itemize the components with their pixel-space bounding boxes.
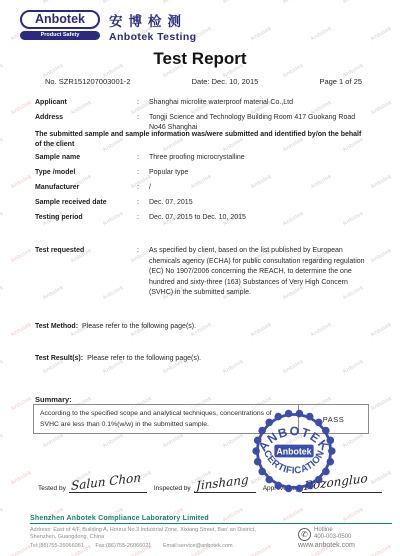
field-label: Manufacturer xyxy=(35,183,137,193)
report-info-row: No. SZR151207003001-2 Date: Dec. 10, 201… xyxy=(45,77,362,86)
footer-address-line2: Shenzhen, Guangdong, China xyxy=(30,534,288,541)
phone-icon: ✆ xyxy=(298,528,311,541)
anbotek-logo-tagline: Product Safety xyxy=(20,31,100,40)
field-row-sample-received-date: Sample received date : Dec. 07, 2015 xyxy=(35,198,367,208)
colon: : xyxy=(137,198,149,208)
summary-label: Summary: xyxy=(35,395,72,404)
tested-by-label: Tested by xyxy=(38,485,66,493)
report-page-number: Page 1 of 25 xyxy=(319,77,362,86)
test-report-page: AnbotekAnbotekAnbotekAnbotekAnbotekAnbot… xyxy=(0,0,400,556)
footer-fax: Fax:(86)755-26066021 xyxy=(95,543,151,549)
footer-company-name: Shenzhen Anbotek Compliance Laboratory L… xyxy=(30,515,392,522)
test-result-line: Test Result(s):Please refer to the follo… xyxy=(35,355,375,362)
field-label: Applicant xyxy=(35,98,137,108)
field-row-test-requested: Test requested : As specified by client,… xyxy=(35,246,367,299)
anbotek-logo: Anbotek Product Safety xyxy=(20,10,100,40)
field-label: Sample name xyxy=(35,153,137,163)
brand-chinese-name: 安博检测 xyxy=(109,10,196,30)
footer-email: Email:service@anbotek.com xyxy=(163,543,233,549)
field-value: / xyxy=(149,183,367,193)
field-value: Dec. 07, 2015 xyxy=(149,198,367,208)
brand-names: 安博检测 Anbotek Testing xyxy=(109,10,196,43)
field-row-manufacturer: Manufacturer : / xyxy=(35,183,367,193)
hotline-row: ✆ Hotline 400-003-0500 xyxy=(298,527,355,541)
footer-contacts: Tel:(86)755-26066061 Fax:(86)755-2606602… xyxy=(30,543,288,550)
test-method-value: Please refer to the following page(s). xyxy=(82,323,196,330)
report-number: No. SZR151207003001-2 xyxy=(45,77,130,86)
colon: : xyxy=(137,183,149,193)
header-brand: Anbotek Product Safety 安博检测 Anbotek Test… xyxy=(20,10,196,43)
hotline-text: Hotline 400-003-0500 xyxy=(314,527,351,541)
anbotek-logo-wordmark: Anbotek xyxy=(20,10,100,29)
field-label: Test requested xyxy=(35,246,137,299)
test-method-line: Test Method:Please refer to the followin… xyxy=(35,323,375,330)
field-row-applicant: Applicant : Shanghai microlite waterproo… xyxy=(35,98,367,108)
test-result-label: Test Result(s): xyxy=(35,355,83,362)
stamp-center-text: Anbotek xyxy=(276,447,311,457)
report-date: Date: Dec. 10, 2015 xyxy=(192,77,259,86)
field-value: Dec. 07, 2015 to Dec. 10, 2015 xyxy=(149,213,367,223)
footer: Shenzhen Anbotek Compliance Laboratory L… xyxy=(30,515,392,550)
colon: : xyxy=(137,246,149,299)
colon: : xyxy=(137,168,149,178)
hotline-number: 400-003-0500 xyxy=(314,534,351,540)
field-value: As specified by client, based on the lis… xyxy=(149,246,367,299)
field-row-type-model: Type /model : Popular type xyxy=(35,168,367,178)
inspected-by-signature-line: Jinshang xyxy=(194,474,256,493)
inspected-by-group: Inspected by Jinshang xyxy=(154,474,256,493)
footer-tel: Tel:(86)755-26066061 xyxy=(30,543,84,549)
colon: : xyxy=(137,213,149,223)
field-value: Shanghai microlite waterproof material C… xyxy=(149,98,367,108)
footer-address-block: Address: East of 4/F, Building A, Hourui… xyxy=(30,527,288,550)
hotline-label: Hotline xyxy=(314,527,333,533)
footer-hotline-block: ✆ Hotline 400-003-0500 www.anbotek.com xyxy=(298,527,355,550)
colon: : xyxy=(137,98,149,108)
field-value: Three proofing microcrystalline xyxy=(149,153,367,163)
certification-stamp: ANBOTEK CERTIFICATION Anbotek xyxy=(250,407,338,495)
sample-fields: Sample name : Three proofing microcrysta… xyxy=(35,153,367,228)
footer-website: www.anbotek.com xyxy=(298,542,355,549)
field-label: Type /model xyxy=(35,168,137,178)
test-method-label: Test Method: xyxy=(35,323,78,330)
page-title: Test Report xyxy=(0,49,400,69)
brand-english-name: Anbotek Testing xyxy=(109,31,196,43)
field-row-testing-period: Testing period : Dec. 07, 2015 to Dec. 1… xyxy=(35,213,367,223)
test-requested-section: Test requested : As specified by client,… xyxy=(35,246,367,304)
inspected-by-label: Inspected by xyxy=(154,485,191,493)
colon: : xyxy=(137,153,149,163)
tested-by-signature: Salun Chon xyxy=(71,470,141,493)
tested-by-group: Tested by Salun Chon xyxy=(38,474,147,493)
footer-columns: Address: East of 4/F, Building A, Hourui… xyxy=(30,527,392,550)
inspected-by-signature: Jinshang xyxy=(196,472,249,493)
report-content: Anbotek Product Safety 安博检测 Anbotek Test… xyxy=(0,0,400,556)
footer-address-line1: Address: East of 4/F, Building A, Hourui… xyxy=(30,527,288,534)
footer-divider xyxy=(30,523,392,524)
test-result-value: Please refer to the following page(s). xyxy=(87,355,201,362)
field-row-sample-name: Sample name : Three proofing microcrysta… xyxy=(35,153,367,163)
tested-by-signature-line: Salun Chon xyxy=(69,474,147,493)
client-note: The submitted sample and sample informat… xyxy=(35,130,367,150)
field-value: Popular type xyxy=(149,168,367,178)
field-label: Sample received date xyxy=(35,198,137,208)
field-label: Testing period xyxy=(35,213,137,223)
